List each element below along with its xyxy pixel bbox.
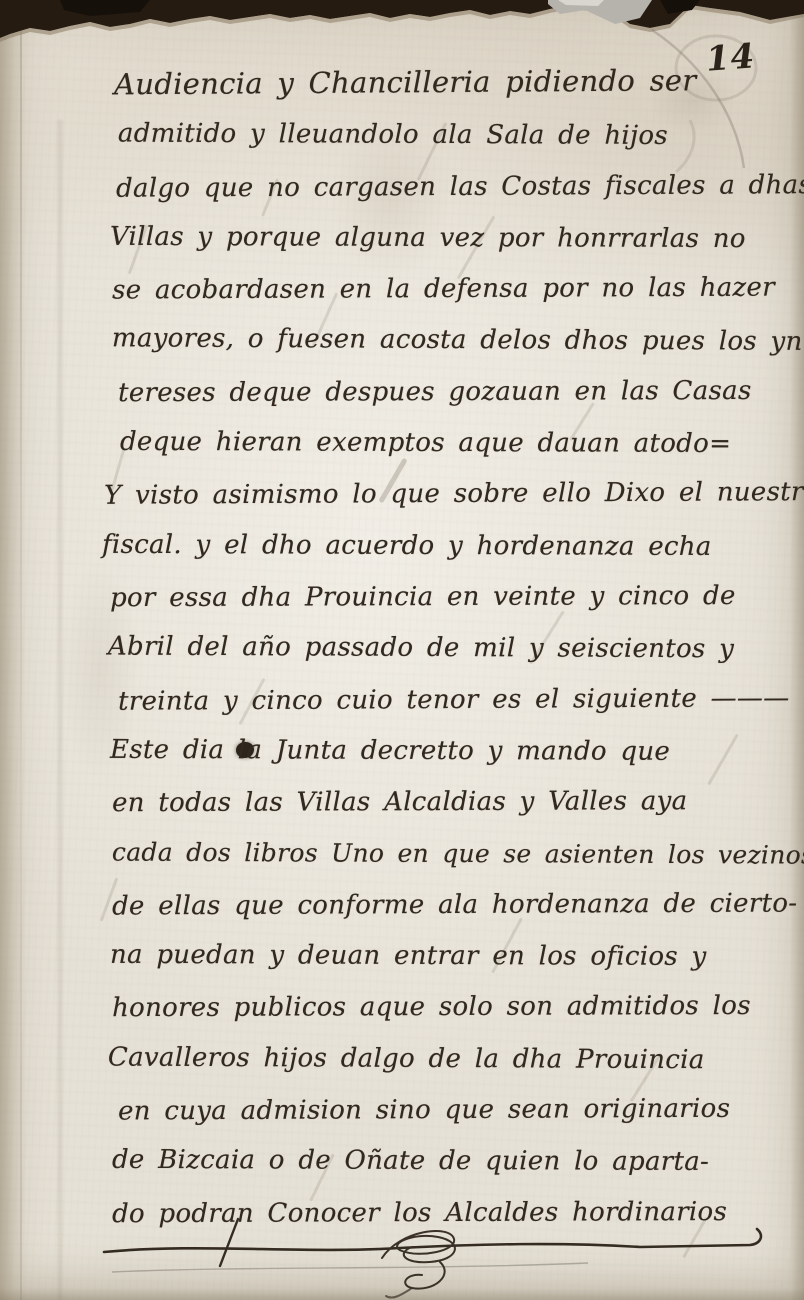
manuscript-line: de ellas que conforme ala hordenanza de … [112,867,778,921]
manuscript-line: Cavalleros hijos dalgo de la dha Prouinc… [108,1021,778,1075]
vertical-fold-crease [56,120,64,1300]
rubric-flourish [382,1231,455,1298]
manuscript-line: de Bizcaia o de Oñate de quien lo aparta… [112,1124,778,1178]
manuscript-line: por essa dha Prouincia en veinte y cinco… [110,560,778,614]
manuscript-line: Este dia la Junta decretto y mando que [110,714,778,768]
manuscript-line: mayores, o fuesen acosta delos dhos pues… [112,303,778,358]
manuscript-line: en cuya admision sino que sean originari… [118,1072,778,1126]
manuscript-line: dalgo que no cargasen las Costas fiscale… [116,149,778,204]
manuscript-line: Abril del año passado de mil y seiscient… [108,611,778,665]
closing-rule-flourish [0,1212,804,1300]
manuscript-line: Villas y porque alguna vez por honrrarla… [110,201,778,255]
manuscript-line: tereses deque despues gozauan en las Cas… [118,355,778,409]
manuscript-text-block: Audiencia y Chancilleria pidiendo ser ad… [110,48,778,1228]
manuscript-line: deque hieran exemptos aque dauan atodo= [120,406,778,460]
manuscript-line: en todas las Villas Alcaldias y Valles a… [112,765,778,819]
manuscript-line: treinta y cinco cuio tenor es el siguien… [118,662,778,717]
manuscript-line: na puedan y deuan entrar en los oficios … [110,919,778,973]
manuscript-line: se acobardasen en la defensa por no las … [112,252,778,306]
manuscript-line: honores publicos aque solo son admitidos… [112,970,778,1024]
manuscript-line: fiscal. y el dho acuerdo y hordenanza ec… [102,508,778,562]
manuscript-line: admitido y lleuandolo ala Sala de hijos [118,98,778,152]
manuscript-page: 14 Audiencia y Chancilleria pidiendo ser… [0,0,804,1300]
manuscript-line: Audiencia y Chancilleria pidiendo ser [114,46,778,102]
manuscript-line: Y visto asimismo lo que sobre ello Dixo … [104,457,778,512]
manuscript-line: cada dos libros Uno en que se asienten l… [112,816,778,870]
